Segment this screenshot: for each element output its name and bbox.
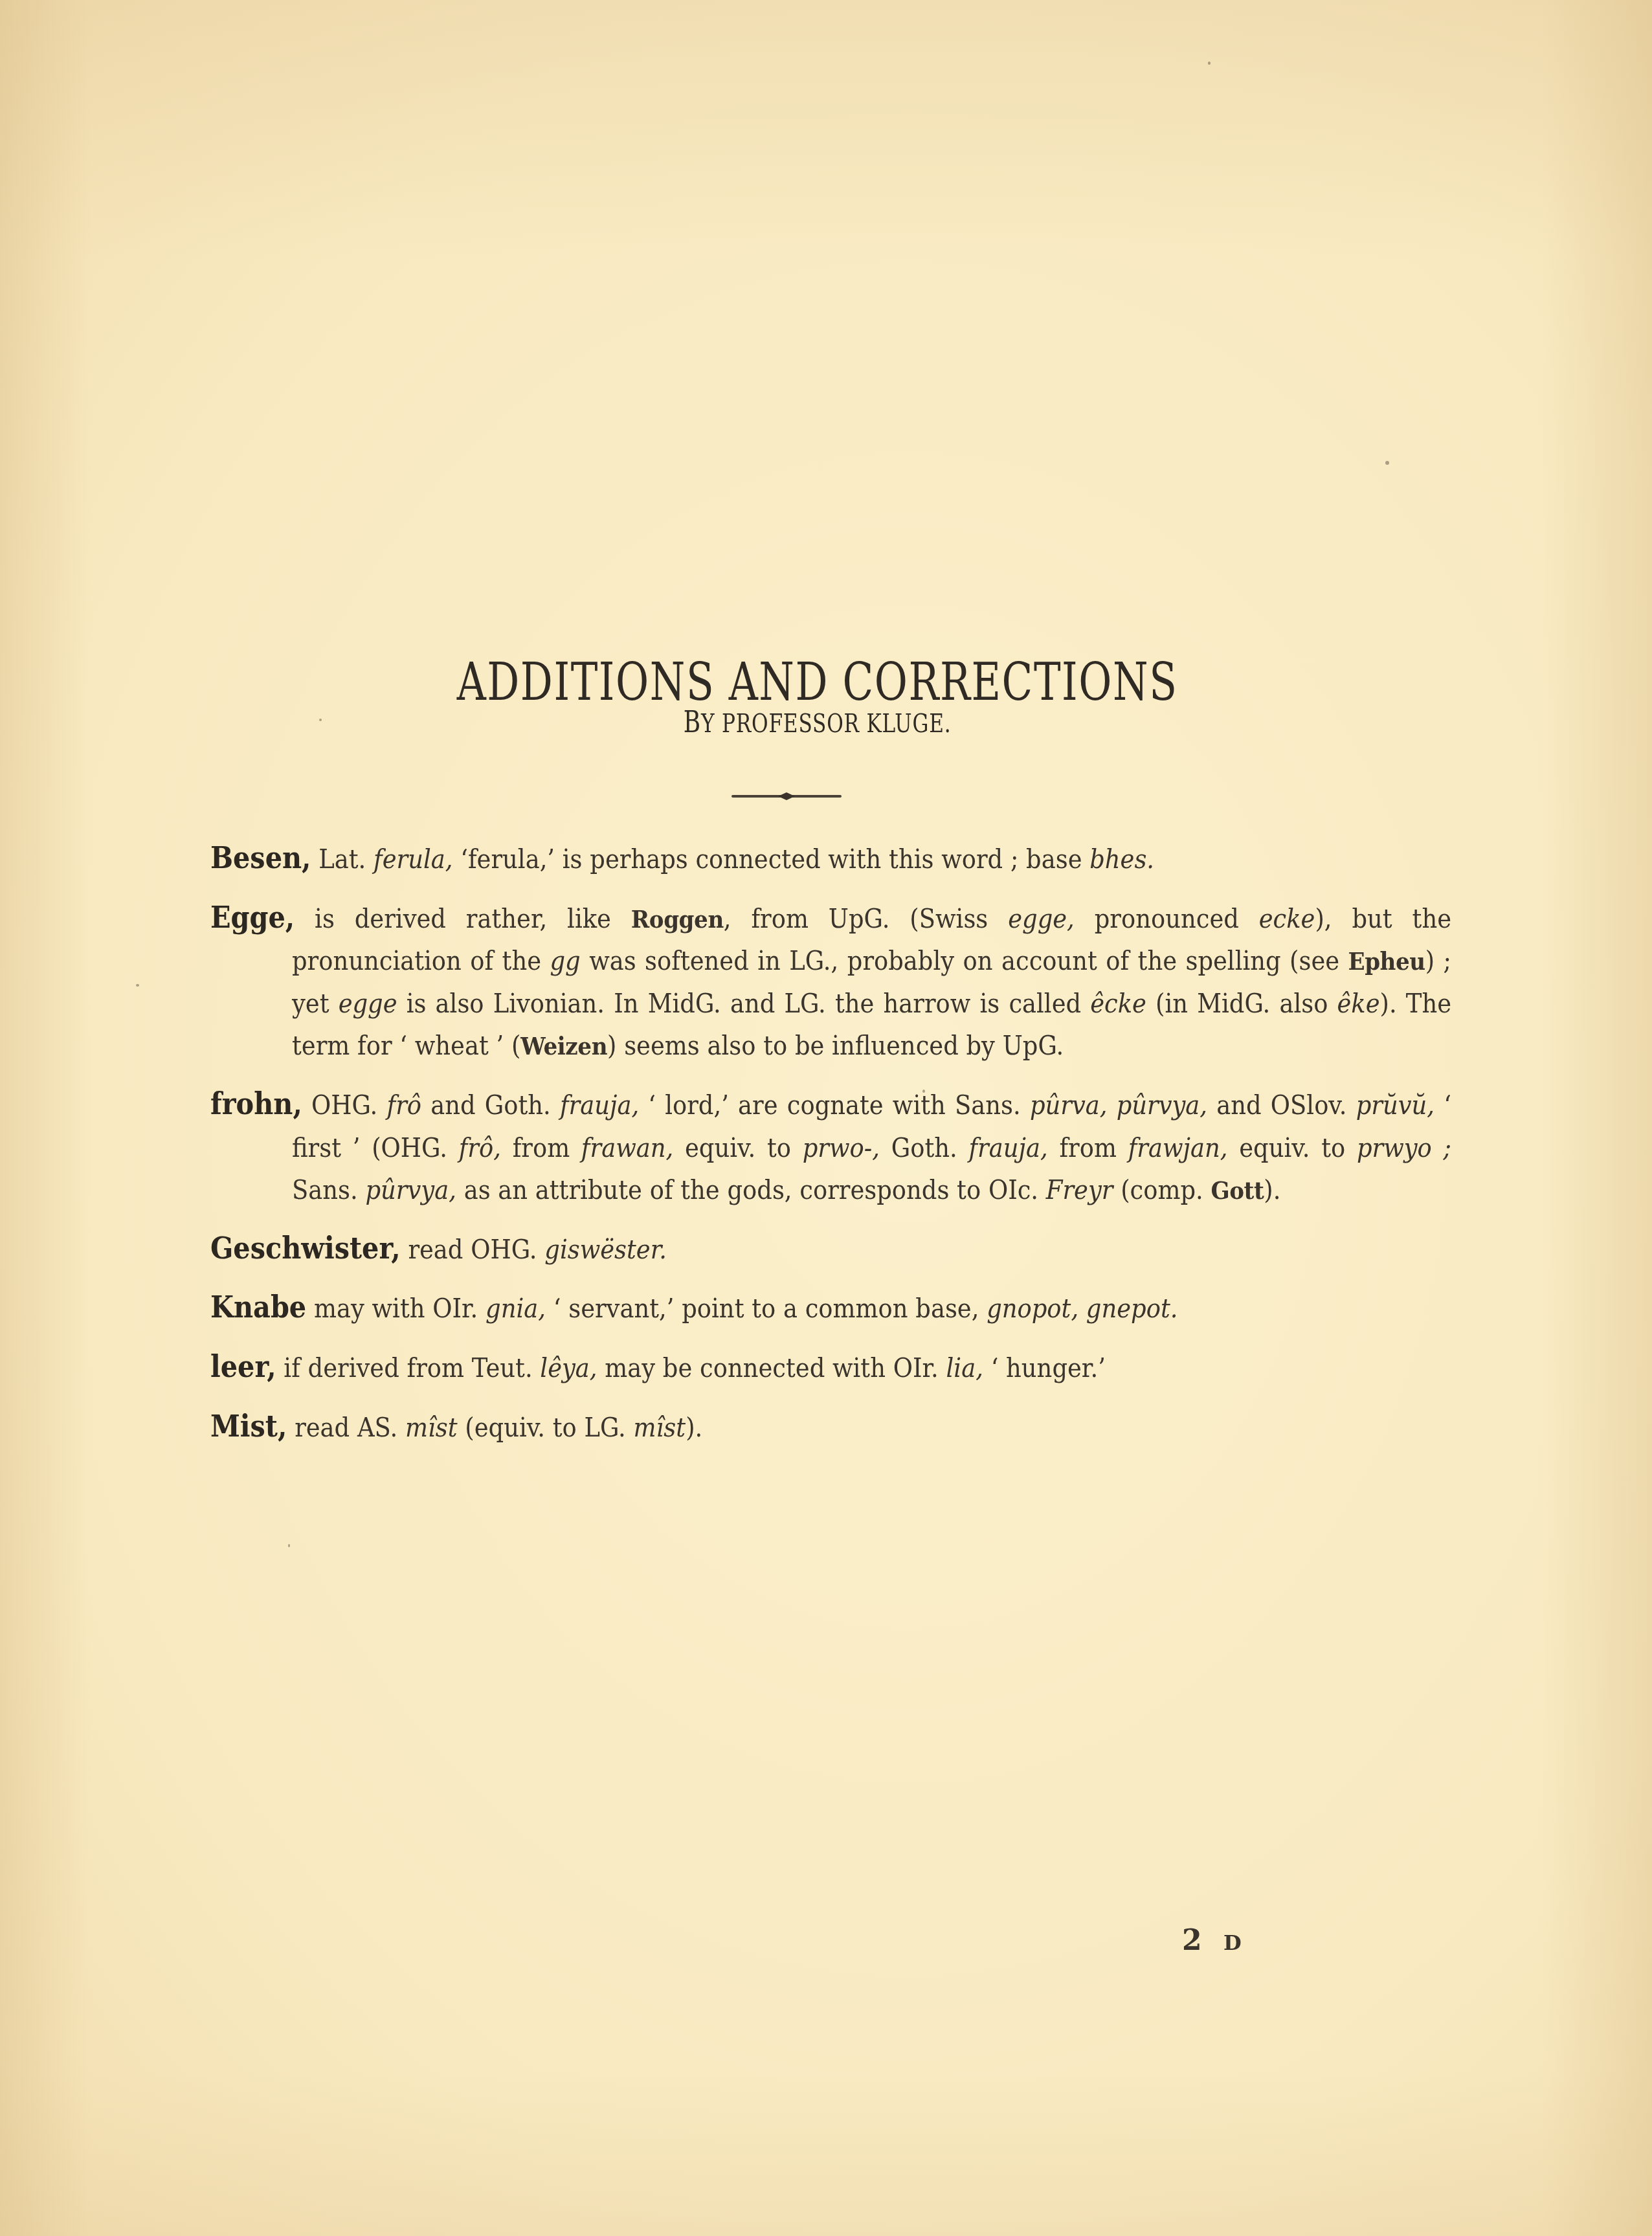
signature-letter: D <box>1223 1930 1242 1955</box>
italic-term: frô <box>387 1090 422 1121</box>
byline-prefix-rest: Y <box>701 709 715 739</box>
ornament-rule-icon <box>731 791 842 801</box>
german-term: Weizen <box>520 1031 607 1060</box>
entry-leer: leer, if derived from Teut. lêya, may be… <box>210 1346 1451 1390</box>
entry-body: read AS. mîst (equiv. to LG. mîst). <box>287 1412 702 1443</box>
german-term: Epheu <box>1348 946 1425 976</box>
italic-term: ferula, <box>374 844 452 875</box>
entry-body: may with OIr. gnia, ‘ servant,’ point to… <box>306 1293 1178 1324</box>
german-term: Gott <box>1211 1176 1264 1205</box>
entry-text: if derived from Teut. <box>276 1352 541 1383</box>
entry-mist: Mist, read AS. mîst (equiv. to LG. mîst)… <box>210 1405 1451 1449</box>
entry-text: read AS. <box>287 1412 405 1443</box>
paper-speck <box>1385 461 1389 465</box>
italic-term: frawjan, <box>1128 1132 1228 1163</box>
entry-headword: frohn, <box>210 1086 302 1121</box>
entry-egge: Egge, is derived rather, like Roggen, fr… <box>210 897 1451 1068</box>
entry-text: pronounced <box>1075 903 1259 934</box>
entry-headword: Knabe <box>210 1290 306 1325</box>
entry-geschwister: Geschwister, read OHG. giswëster. <box>210 1227 1451 1271</box>
entry-text: may be connected with OIr. <box>597 1352 946 1383</box>
entry-text: (equiv. to LG. <box>458 1412 634 1443</box>
entry-body: if derived from Teut. lêya, may be conne… <box>276 1352 1106 1383</box>
entry-text: and OSlov. <box>1207 1090 1356 1121</box>
entry-text: ‘ferula,’ is perhaps connected with this… <box>452 844 1089 875</box>
italic-term: gg <box>550 945 580 976</box>
entry-text: may with OIr. <box>306 1293 486 1324</box>
italic-term: lia, <box>946 1352 983 1383</box>
paper-speck <box>1208 61 1211 65</box>
italic-term: prwo-, <box>803 1132 880 1163</box>
entry-text: from <box>1048 1132 1128 1163</box>
entry-text: , from UpG. (Swiss <box>724 903 1008 934</box>
entry-text: (in MidG. also <box>1146 988 1337 1019</box>
italic-term: frauja, <box>968 1132 1047 1163</box>
italic-term: frô, <box>459 1132 501 1163</box>
italic-term: Freyr <box>1046 1174 1113 1205</box>
entry-text: from <box>501 1132 581 1163</box>
italic-term: giswëster. <box>544 1234 667 1265</box>
italic-term: prŭvŭ, <box>1356 1090 1434 1121</box>
entry-text: ) seems also to be influenced by UpG. <box>607 1030 1064 1061</box>
italic-term: mîst <box>634 1412 686 1443</box>
italic-term: mîst <box>405 1412 458 1443</box>
entry-body: Lat. ferula, ‘ferula,’ is perhaps connec… <box>311 844 1155 875</box>
entry-text: Sans. <box>292 1174 365 1205</box>
paper-speck <box>922 1090 925 1093</box>
entry-frohn: frohn, OHG. frô and Goth. frauja, ‘ lord… <box>210 1083 1451 1212</box>
entry-text: Goth. <box>880 1132 968 1163</box>
entry-body: is derived rather, like Roggen, from UpG… <box>292 903 1451 1062</box>
entry-body: read OHG. giswëster. <box>401 1234 667 1265</box>
entry-text: ). <box>686 1412 702 1443</box>
corrections-list: Besen, Lat. ferula, ‘ferula,’ is perhaps… <box>210 837 1369 1464</box>
entry-text: ‘ servant,’ point to a common base, <box>546 1293 987 1324</box>
entry-headword: Besen, <box>210 840 311 875</box>
entry-text: Lat. <box>311 844 374 875</box>
entry-headword: Egge, <box>210 900 295 935</box>
entry-text: was softened in LG., probably on account… <box>581 945 1348 976</box>
italic-term: êcke <box>1090 988 1146 1019</box>
entry-text: is derived rather, like <box>295 903 631 934</box>
entry-besen: Besen, Lat. ferula, ‘ferula,’ is perhaps… <box>210 837 1451 881</box>
signature-mark: 2 D <box>1182 1924 1242 1957</box>
entry-text: ‘ lord,’ are cognate with Sans. <box>639 1090 1030 1121</box>
italic-term: lêya, <box>540 1352 597 1383</box>
italic-term: egge, <box>1008 903 1075 934</box>
byline-prefix-initial: B <box>684 704 701 739</box>
italic-term: pûrvya, <box>365 1174 456 1205</box>
italic-term: pûrva, pûrvya, <box>1030 1090 1207 1121</box>
entry-text: and Goth. <box>421 1090 560 1121</box>
paper-speck <box>136 984 139 987</box>
entry-text: equiv. to <box>1227 1132 1356 1163</box>
entry-text: OHG. <box>302 1090 387 1121</box>
italic-term: frawan, <box>581 1132 673 1163</box>
byline-author: PROFESSOR KLUGE. <box>722 709 951 739</box>
italic-term: prwyo ; <box>1357 1132 1451 1163</box>
entry-text: (comp. <box>1113 1174 1211 1205</box>
entry-text: ). <box>1264 1174 1280 1205</box>
italic-term: gnia, <box>486 1293 546 1324</box>
entry-headword: leer, <box>210 1349 276 1384</box>
german-term: Roggen <box>631 904 724 934</box>
italic-term: ecke <box>1259 903 1315 934</box>
entry-body: OHG. frô and Goth. frauja, ‘ lord,’ are … <box>292 1090 1451 1205</box>
byline: BY PROFESSOR KLUGE. <box>173 706 1462 740</box>
entry-text: read OHG. <box>401 1234 545 1265</box>
entry-headword: Geschwister, <box>210 1231 401 1266</box>
italic-term: êke <box>1337 988 1380 1019</box>
entry-text: ‘ hunger.’ <box>983 1352 1106 1383</box>
italic-term: bhes. <box>1089 844 1154 875</box>
italic-term: egge <box>339 988 397 1019</box>
paper-speck <box>288 1544 290 1547</box>
paper-speck <box>319 719 322 721</box>
entry-text: equiv. to <box>673 1132 802 1163</box>
italic-term: frauja, <box>560 1090 639 1121</box>
signature-number: 2 <box>1182 1924 1202 1957</box>
entry-headword: Mist, <box>210 1409 287 1444</box>
entry-text: as an attribute of the gods, corresponds… <box>456 1174 1046 1205</box>
italic-term: gnopot, gnepot. <box>987 1293 1178 1324</box>
entry-text: is also Livonian. In MidG. and LG. the h… <box>397 988 1091 1019</box>
page-title: ADDITIONS AND CORRECTIONS <box>173 650 1462 715</box>
entry-knabe: Knabe may with OIr. gnia, ‘ servant,’ po… <box>210 1286 1451 1330</box>
